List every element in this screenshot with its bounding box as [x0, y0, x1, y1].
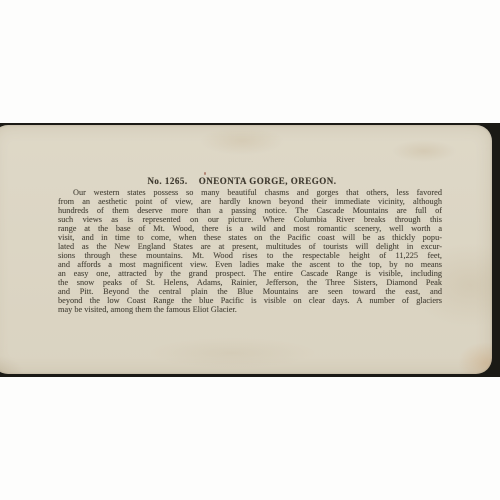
paragraph-line: Our western states possess so many beaut… — [58, 188, 442, 197]
paragraph-line: range at the base of Mt. Wood, there is … — [58, 224, 442, 233]
paragraph-line: hundreds of them deserve more than a pas… — [58, 206, 442, 215]
paragraph-line: visit, and in time to come, when these s… — [58, 233, 442, 242]
paragraph-line: from an aesthetic point of view, are har… — [58, 197, 442, 206]
card-title: No. 1265.ONEONTA GORGE, OREGON. — [0, 176, 492, 186]
card-number: No. 1265. — [147, 176, 187, 186]
paragraph-line: and Pitt. Beyond the central plain the B… — [58, 287, 442, 296]
card-title-text: ONEONTA GORGE, OREGON. — [199, 176, 337, 186]
paragraph-line: an easy one, attracted by the grand pros… — [58, 269, 442, 278]
paragraph-line: sions through these mountains. Mt. Wood … — [58, 251, 442, 260]
card-description: Our western states possess so many beaut… — [58, 188, 442, 314]
scan-background: No. 1265.ONEONTA GORGE, OREGON. Our west… — [0, 0, 500, 500]
ink-speck — [204, 172, 206, 175]
paragraph-line: such views as is represented on our pict… — [58, 215, 442, 224]
paragraph-line: and affords a most magnificent view. Eve… — [58, 260, 442, 269]
paragraph-line: beyond the low Coast Range the blue Paci… — [58, 296, 442, 305]
paragraph-line: the snow peaks of St. Helens, Adams, Rai… — [58, 278, 442, 287]
stereoview-card-back: No. 1265.ONEONTA GORGE, OREGON. Our west… — [0, 125, 492, 374]
paragraph-line: lated as the New England States are at p… — [58, 242, 442, 251]
paragraph-line: may be visited, among them the famous El… — [58, 305, 442, 314]
